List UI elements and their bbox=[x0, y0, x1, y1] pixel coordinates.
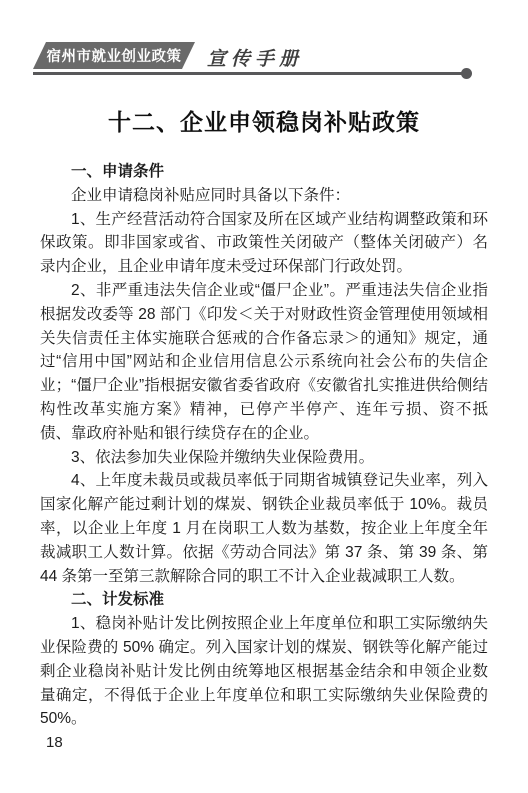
body-paragraph: 企业申请稳岗补贴应同时具备以下条件： bbox=[40, 184, 488, 208]
section-heading: 二、计发标准 bbox=[40, 588, 488, 612]
body-paragraph: 1、稳岗补贴计发比例按照企业上年度单位和职工实际缴纳失业保险费的 50% 确定。… bbox=[40, 612, 488, 731]
body-paragraph: 3、依法参加失业保险并缴纳失业保险费用。 bbox=[40, 446, 488, 470]
handbook-page: 宿州市就业创业政策 宣传手册 十二、企业申领稳岗补贴政策 一、申请条件企业申请稳… bbox=[0, 0, 528, 793]
header-handbook-label: 宣传手册 bbox=[207, 44, 303, 71]
body-paragraph: 4、上年度未裁员或裁员率低于同期省城镇登记失业率，列入国家化解产能过剩计划的煤炭… bbox=[40, 469, 488, 588]
body-paragraph: 1、生产经营活动符合国家及所在区域产业结构调整政策和环保政策。即非国家或省、市政… bbox=[40, 208, 488, 279]
document-body: 一、申请条件企业申请稳岗补贴应同时具备以下条件：1、生产经营活动符合国家及所在区… bbox=[40, 160, 488, 731]
header-rule bbox=[33, 72, 467, 75]
page-title: 十二、企业申领稳岗补贴政策 bbox=[0, 104, 528, 137]
page-number: 18 bbox=[46, 734, 63, 751]
section-heading: 一、申请条件 bbox=[40, 160, 488, 184]
header-badge-label: 宿州市就业创业政策 bbox=[47, 45, 182, 66]
header-rule-dot bbox=[461, 68, 472, 79]
header-badge: 宿州市就业创业政策 bbox=[33, 42, 195, 69]
body-paragraph: 2、非严重违法失信企业或“僵尸企业”。严重违法失信企业指根据发改委等 28 部门… bbox=[40, 279, 488, 446]
